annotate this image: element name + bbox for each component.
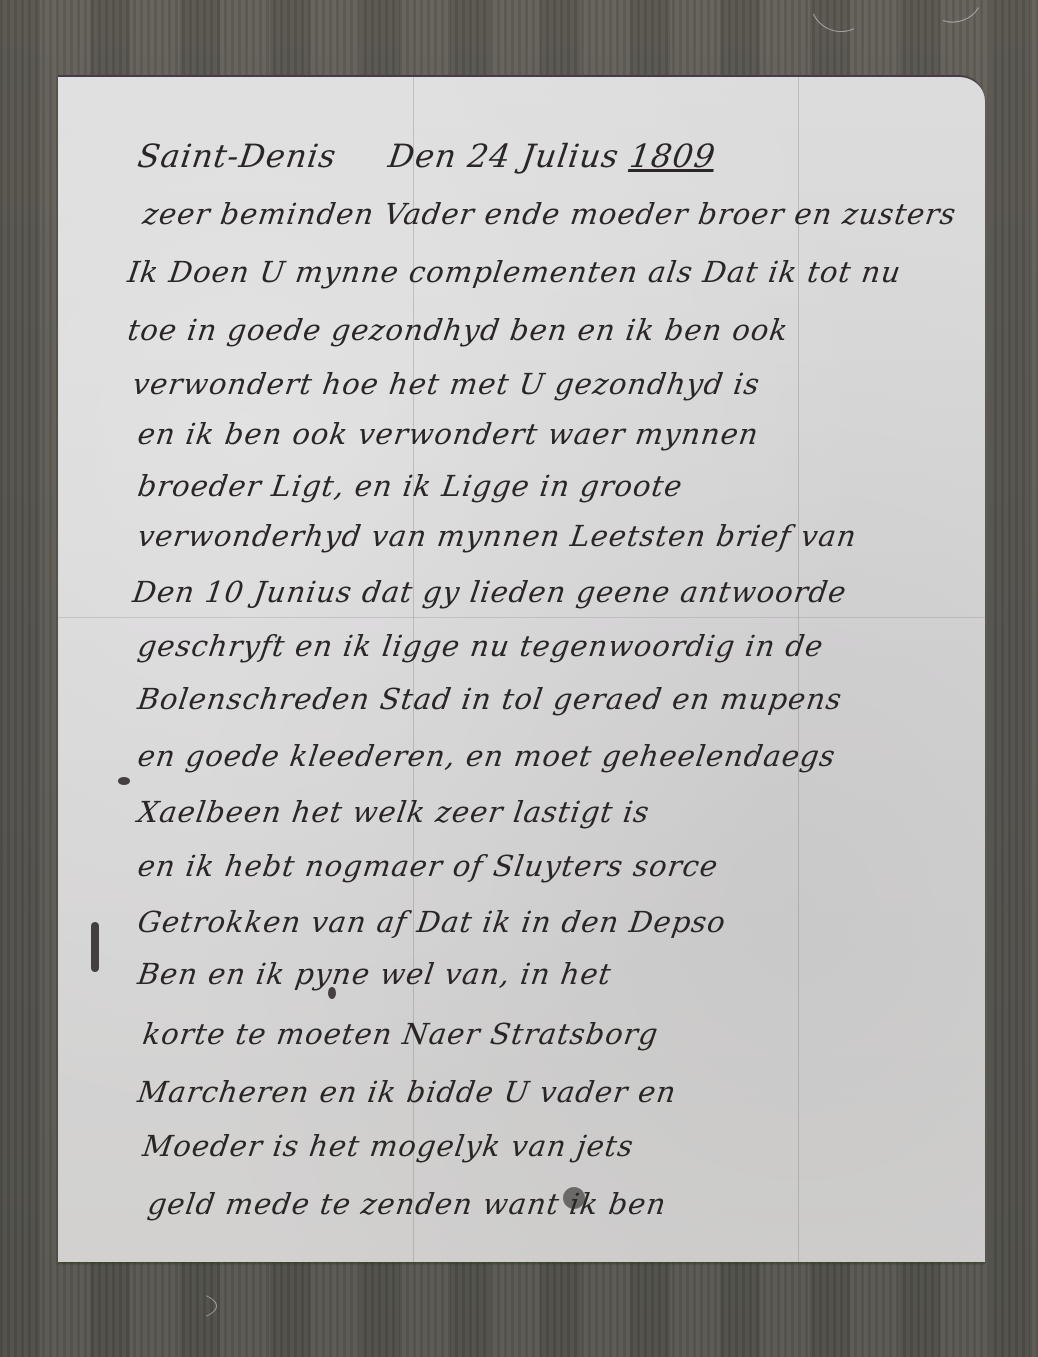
letter-line: broeder Ligt, en ik Ligge in groote [136, 469, 685, 503]
ink-blot [91, 922, 99, 972]
letter-line: toe in goede gezondhyd ben en ik ben ook [126, 313, 791, 347]
letter-line: en ik hebt nogmaer of Sluyters sorce [136, 849, 721, 883]
letter-line: Ik Doen U mynne complementen als Dat ik … [126, 255, 904, 289]
letter-line: Bolenschreden Stad in tol geraed en mupe… [136, 682, 845, 716]
ink-blot [118, 777, 130, 785]
letter-line: Getrokken van af Dat ik in den Depso [136, 905, 729, 939]
letter-line: Moeder is het mogelyk van jets [141, 1129, 636, 1163]
film-scratch [801, 0, 880, 41]
letter-line: en goede kleederen, en moet geheelendaeg… [136, 739, 838, 773]
month: Julius [519, 137, 621, 175]
letter-line: verwondert hoe het met U gezondhyd is [131, 367, 763, 401]
place: Saint-Denis [135, 137, 339, 175]
letter-line: zeer beminden Vader ende moeder broer en… [141, 197, 959, 231]
letter-line: Ben en ik pyne wel van, in het [136, 957, 614, 991]
fold-line [58, 617, 985, 618]
ink-blot [563, 1187, 585, 1209]
ink-blot [328, 987, 336, 999]
film-scratch [65, 1285, 217, 1327]
letter-line: geschryft en ik ligge nu tegenwoordig in… [136, 629, 826, 663]
year: 1809 [627, 137, 718, 175]
letter-paper: Saint-Denis Den 24 Julius 1809 zeer bemi… [58, 75, 985, 1262]
letter-line: geld mede te zenden want ik ben [146, 1187, 669, 1221]
letter-line: en ik ben ook verwondert waer mynnen [136, 417, 761, 451]
letter-line: Xaelbeen het welk zeer lastigt is [136, 795, 652, 829]
letter-line: korte te moeten Naer Stratsborg [141, 1017, 661, 1051]
letter-line: Den 10 Junius dat gy lieden geene antwoo… [131, 575, 849, 609]
letter-line: verwonderhyd van mynnen Leetsten brief v… [136, 519, 859, 553]
date-prefix: Den 24 [386, 137, 513, 175]
film-scratch [924, 0, 987, 30]
letter-header: Saint-Denis Den 24 Julius 1809 [135, 137, 718, 175]
letter-line: Marcheren en ik bidde U vader en [136, 1075, 679, 1109]
